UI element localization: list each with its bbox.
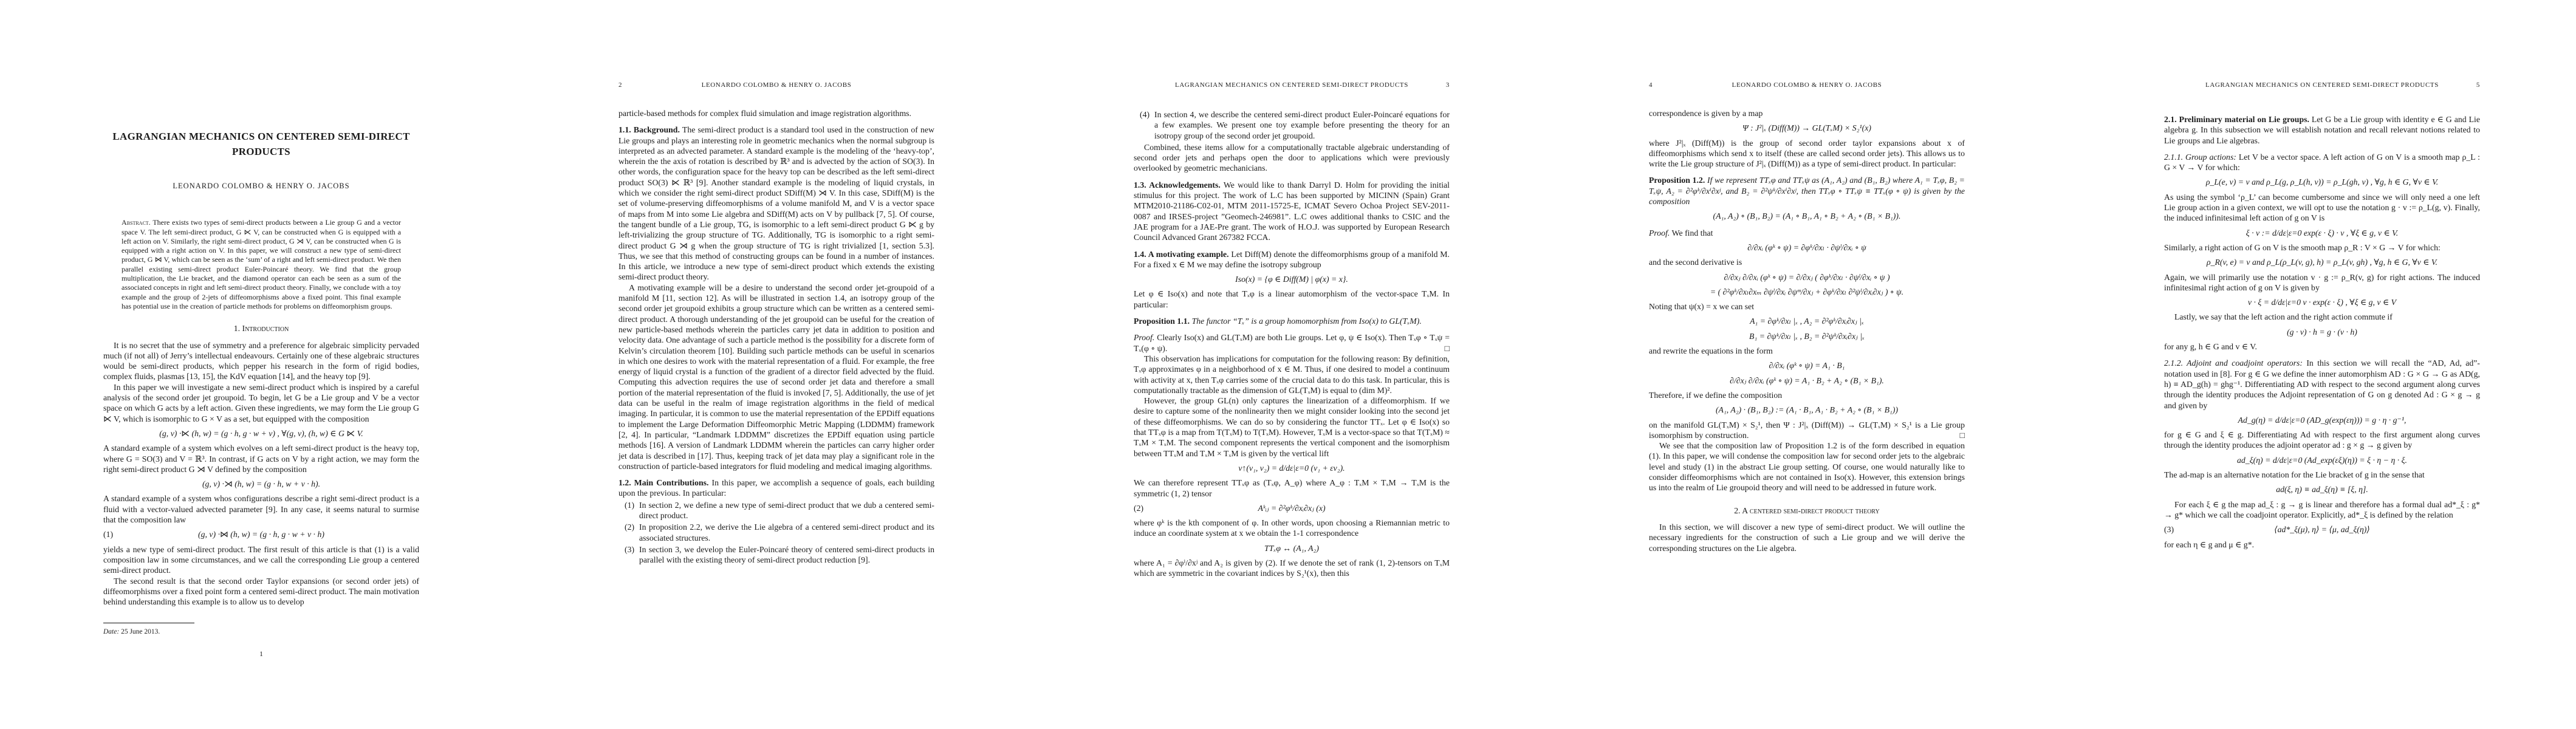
proposition-label: Proposition 1.2. — [1649, 176, 1705, 185]
display-equation: ad(ξ, η) ≡ ad_ξ(η) ≡ [ξ, η]. — [2164, 484, 2480, 495]
paragraph: Lastly, we say that the left action and … — [2164, 312, 2480, 322]
paragraph: correspondence is given by a map — [1649, 108, 1965, 118]
paragraph: for g ∈ G and ξ ∈ g. Differentiating Ad … — [2164, 430, 2480, 451]
date-label: Date: — [103, 628, 119, 635]
paragraph: The second result is that the second ord… — [103, 576, 419, 607]
proposition-label: Proposition 1.1. — [1134, 317, 1190, 326]
paragraph: However, the group GL(n) only captures t… — [1134, 395, 1450, 459]
subsection-label: 1.4. A motivating example. — [1134, 250, 1229, 259]
display-equation: v · ξ = d/dε|ε=0 v · exp(ε · ξ) , ∀ξ ∈ g… — [2164, 297, 2480, 307]
paragraph: A motivating example will be a desire to… — [618, 282, 934, 471]
list-item-number: (2) — [625, 522, 634, 532]
paragraph: A standard example of a system whos conf… — [103, 493, 419, 525]
display-equation: (g, v) ·⋊ (h, w) = (g · h, w + v · h). — [103, 479, 419, 489]
header-page-number: 2 — [618, 81, 622, 89]
equation-body: ⟨ad*_ξ(μ), η⟩ = ⟨μ, ad_ξ(η)⟩ — [2274, 525, 2370, 534]
page-4: 4LEONARDO COLOMBO & HENRY O. JACOBScorre… — [1546, 0, 2061, 729]
proposition-text: The functor “Tₓ” is a group homomorphism… — [1190, 317, 1422, 326]
paragraph: Again, we will primarily use the notatio… — [2164, 272, 2480, 293]
list-item: (2)In proposition 2.2, we derive the Lie… — [639, 522, 934, 543]
numbered-equation: (1)(g, v) ·⋈ (h, w) = (g · h, g · w + v … — [103, 529, 419, 539]
header-title: LAGRANGIAN MECHANICS ON CENTERED SEMI-DI… — [1134, 81, 1450, 89]
display-equation: v↑(v₁, v₂) = d/dε|ε=0 (v₁ + εv₂). — [1134, 463, 1450, 473]
list-item: (3)In section 3, we develop the Euler-Po… — [639, 544, 934, 566]
paragraph: Let φ ∈ Iso(x) and note that Tₓφ is a li… — [1134, 289, 1450, 310]
header-title: LEONARDO COLOMBO & HENRY O. JACOBS — [618, 81, 934, 89]
running-header: LAGRANGIAN MECHANICS ON CENTERED SEMI-DI… — [1134, 81, 1450, 91]
equation-body: (g, v) ·⋈ (h, w) = (g · h, g · w + v · h… — [198, 530, 324, 539]
numbered-equation: (3)⟨ad*_ξ(μ), η⟩ = ⟨μ, ad_ξ(η)⟩ — [2164, 524, 2480, 535]
subsubsection-label: 2.1.1. Group actions: — [2164, 152, 2236, 162]
paragraph: where A₁ = ∂φⁱ/∂xʲ and A₂ is given by (2… — [1134, 558, 1450, 579]
footnote-rule — [103, 623, 194, 623]
subsection-label: 1.2. Main Contributions. — [618, 478, 708, 487]
paragraph: particle-based methods for complex fluid… — [618, 108, 934, 118]
list-item: (4)In section 4, we describe the centere… — [1154, 109, 1450, 141]
display-equation: ρ_L(e, v) = v and ρ_L(g, ρ_L(h, v)) = ρ_… — [2164, 177, 2480, 187]
header-page-number: 3 — [1446, 81, 1450, 89]
display-equation: ∂/∂xⱼ ∂/∂xᵢ (φᵏ ∘ ψ) = ∂/∂xⱼ ( ∂φᵏ/∂xₗ ·… — [1649, 272, 1965, 282]
qed-box: □ — [1960, 430, 1965, 440]
proposition: Proposition 1.1. The functor “Tₓ” is a g… — [1134, 316, 1450, 326]
subsection-paragraph: 1.4. A motivating example. Let Diff(M) d… — [1134, 249, 1450, 270]
abstract: Abstract. There exists two types of semi… — [122, 218, 401, 311]
page-content: particle-based methods for complex fluid… — [618, 108, 934, 566]
abstract-label: Abstract. — [122, 218, 151, 227]
subsection-label: 1.3. Acknowledgements. — [1134, 180, 1221, 190]
paragraph: Similarly, a right action of G on V is t… — [2164, 242, 2480, 253]
paragraph: on the manifold GL(TₓM) × S₂¹, then Ψ : … — [1649, 420, 1965, 441]
qed-box: □ — [1445, 343, 1450, 354]
subsection-paragraph: 1.2. Main Contributions. In this paper, … — [618, 477, 934, 499]
display-equation: B₁ = ∂ψᵏ/∂xₗ |ₓ , B₂ = ∂²ψᵏ/∂xᵢ∂xⱼ |ₓ — [1649, 331, 1965, 341]
proof: Proof. We find that — [1649, 228, 1965, 238]
date-line: Date: 25 June 2013. — [103, 627, 419, 637]
page-number: 1 — [103, 649, 419, 659]
paragraph: In this section, we will discover a new … — [1649, 522, 1965, 553]
page-content: LAGRANGIAN MECHANICS ON CENTERED SEMI-DI… — [103, 129, 419, 659]
paragraph: The ad-map is an alternative notation fo… — [2164, 470, 2480, 480]
display-equation: TTₓφ ↔ (A₁, A₂) — [1134, 543, 1450, 553]
paragraph: As using the symbol ‘ρ_L’ can become cum… — [2164, 192, 2480, 224]
page-5: LAGRANGIAN MECHANICS ON CENTERED SEMI-DI… — [2061, 0, 2576, 729]
paragraph: and rewrite the equations in the form — [1649, 346, 1965, 356]
subsection-paragraph: 1.1. Background. The semi-direct product… — [618, 125, 934, 282]
paper-title: LAGRANGIAN MECHANICS ON CENTERED SEMI-DI… — [109, 129, 413, 159]
section-heading: 2. A centered semi-direct product theory — [1649, 505, 1965, 516]
numbered-equation: (2)Aᵏᵢⱼ = ∂²φᵏ/∂xᵢ∂xⱼ (x) — [1134, 503, 1450, 513]
subsubsection-paragraph: 2.1.1. Group actions: Let V be a vector … — [2164, 152, 2480, 173]
list-item-number: (1) — [625, 500, 634, 510]
display-equation: Ψ : J²|ₓ (Diff(M)) → GL(TₓM) × S₂¹(x) — [1649, 123, 1965, 133]
running-header: LAGRANGIAN MECHANICS ON CENTERED SEMI-DI… — [2164, 81, 2480, 91]
subsection-label: 1.1. Background. — [618, 125, 680, 134]
subsection-paragraph: 2.1. Preliminary material on Lie groups.… — [2164, 114, 2480, 146]
page-1: LAGRANGIAN MECHANICS ON CENTERED SEMI-DI… — [0, 0, 515, 729]
paragraph: Therefore, if we define the composition — [1649, 390, 1965, 400]
display-equation: (g · v) · h = g · (v · h) — [2164, 327, 2480, 337]
page-content: (4)In section 4, we describe the centere… — [1134, 108, 1450, 579]
document-canvas: { "watermark": {"text": "arXiv:1303.3883… — [0, 0, 2576, 729]
page-content: correspondence is given by a mapΨ : J²|ₓ… — [1649, 108, 1965, 553]
paragraph: A standard example of a system which evo… — [103, 443, 419, 474]
list-item-number: (4) — [1140, 109, 1149, 120]
paragraph: where φᵏ is the kth component of φ. In o… — [1134, 518, 1450, 539]
display-equation: Iso(x) = {φ ∈ Diff(M) | φ(x) = x}. — [1134, 274, 1450, 284]
subsubsection-label: 2.1.2. Adjoint and coadjoint operators: — [2164, 358, 2303, 368]
list-item-number: (3) — [625, 544, 634, 555]
proposition: Proposition 1.2. If we represent TTₓφ an… — [1649, 175, 1965, 207]
proof: Proof. Clearly Iso(x) and GL(TₓM) are bo… — [1134, 332, 1450, 354]
proof-label: Proof. — [1134, 333, 1154, 342]
display-equation: Ad_g(η) = d/dε|ε=0 (AD_g(exp(εη))) = g ·… — [2164, 415, 2480, 425]
display-equation: ad_ξ(η) = d/dε|ε=0 (Ad_exp(εξ)(η)) = ξ ·… — [2164, 455, 2480, 465]
paragraph: for each η ∈ g and μ ∈ g*. — [2164, 539, 2480, 550]
display-equation: ρ_R(v, e) = v and ρ_L(ρ_L(v, g), h) = ρ_… — [2164, 257, 2480, 267]
header-title: LAGRANGIAN MECHANICS ON CENTERED SEMI-DI… — [2164, 81, 2480, 89]
equation-number: (3) — [2164, 524, 2174, 535]
page-3: LAGRANGIAN MECHANICS ON CENTERED SEMI-DI… — [1030, 0, 1546, 729]
display-equation: (g, v) ·⋉ (h, w) = (g · h, g · w + v) , … — [103, 428, 419, 439]
subsection-paragraph: 1.3. Acknowledgements. We would like to … — [1134, 180, 1450, 243]
display-equation: ξ · v := d/dε|ε=0 exp(ε · ξ) · v , ∀ξ ∈ … — [2164, 228, 2480, 238]
paper-authors: LEONARDO COLOMBO & HENRY O. JACOBS — [103, 181, 419, 191]
list-item: (1)In section 2, we define a new type of… — [639, 500, 934, 521]
display-equation: ∂/∂xⱼ ∂/∂xᵢ (φᵏ ∘ ψ) = A₁ · B₂ + A₂ ∘ (B… — [1649, 375, 1965, 386]
paragraph: In this paper we will investigate a new … — [103, 382, 419, 424]
paragraph: For each ξ ∈ g the map ad_ξ : g → g is l… — [2164, 499, 2480, 521]
display-equation: (A₁, A₂) ∘ (B₁, B₂) = (A₁ ∘ B₁, A₁ ∘ B₂ … — [1649, 211, 1965, 221]
display-equation: A₁ = ∂φᵏ/∂xₗ |ₓ , A₂ = ∂²φᵏ/∂xᵢ∂xⱼ |ₓ — [1649, 316, 1965, 326]
paragraph: We see that the composition law of Propo… — [1649, 440, 1965, 493]
display-equation: (A₁, A₂) · (B₁, B₂) := (A₁ · B₁, A₁ · B₂… — [1649, 405, 1965, 415]
equation-body: Aᵏᵢⱼ = ∂²φᵏ/∂xᵢ∂xⱼ (x) — [1258, 504, 1325, 513]
running-header: 2LEONARDO COLOMBO & HENRY O. JACOBS — [618, 81, 934, 91]
header-page-number: 5 — [2476, 81, 2480, 89]
subsection-label: 2.1. Preliminary material on Lie groups. — [2164, 115, 2309, 124]
equation-number: (1) — [103, 529, 113, 539]
paragraph: Noting that ψ(x) = x we can set — [1649, 301, 1965, 312]
paragraph: It is no secret that the use of symmetry… — [103, 340, 419, 382]
paragraph: This observation has implications for co… — [1134, 354, 1450, 395]
display-equation: ∂/∂xᵢ (φᵏ ∘ ψ) = ∂φᵏ/∂xₗ · ∂ψˡ/∂xᵢ ∘ ψ — [1649, 242, 1965, 253]
subsubsection-paragraph: 2.1.2. Adjoint and coadjoint operators: … — [2164, 358, 2480, 410]
equation-number: (2) — [1134, 503, 1143, 513]
paragraph: and the second derivative is — [1649, 257, 1965, 267]
display-equation: ∂/∂xᵢ (φᵏ ∘ ψ) = A₁ · B₁ — [1649, 360, 1965, 371]
paragraph: where J²|ₓ (Diff(M)) is the group of sec… — [1649, 138, 1965, 169]
header-title: LEONARDO COLOMBO & HENRY O. JACOBS — [1649, 81, 1965, 89]
paragraph: Combined, these items allow for a comput… — [1134, 142, 1450, 174]
page-content: 2.1. Preliminary material on Lie groups.… — [2164, 108, 2480, 550]
paragraph: yields a new type of semi-direct product… — [103, 544, 419, 576]
proof-label: Proof. — [1649, 228, 1670, 238]
page-2: 2LEONARDO COLOMBO & HENRY O. JACOBSparti… — [515, 0, 1030, 729]
paragraph: We can therefore represent TTₓφ as (Tₓφ,… — [1134, 477, 1450, 499]
display-equation: = ( ∂²φᵏ/∂xₗ∂xₘ ∂ψˡ/∂xᵢ ∂ψᵐ/∂xⱼ + ∂φᵏ/∂x… — [1649, 287, 1965, 297]
header-page-number: 4 — [1649, 81, 1653, 89]
paragraph: for any g, h ∈ G and v ∈ V. — [2164, 341, 2480, 352]
section-heading: 1. Introduction — [103, 323, 419, 334]
running-header: 4LEONARDO COLOMBO & HENRY O. JACOBS — [1649, 81, 1965, 91]
